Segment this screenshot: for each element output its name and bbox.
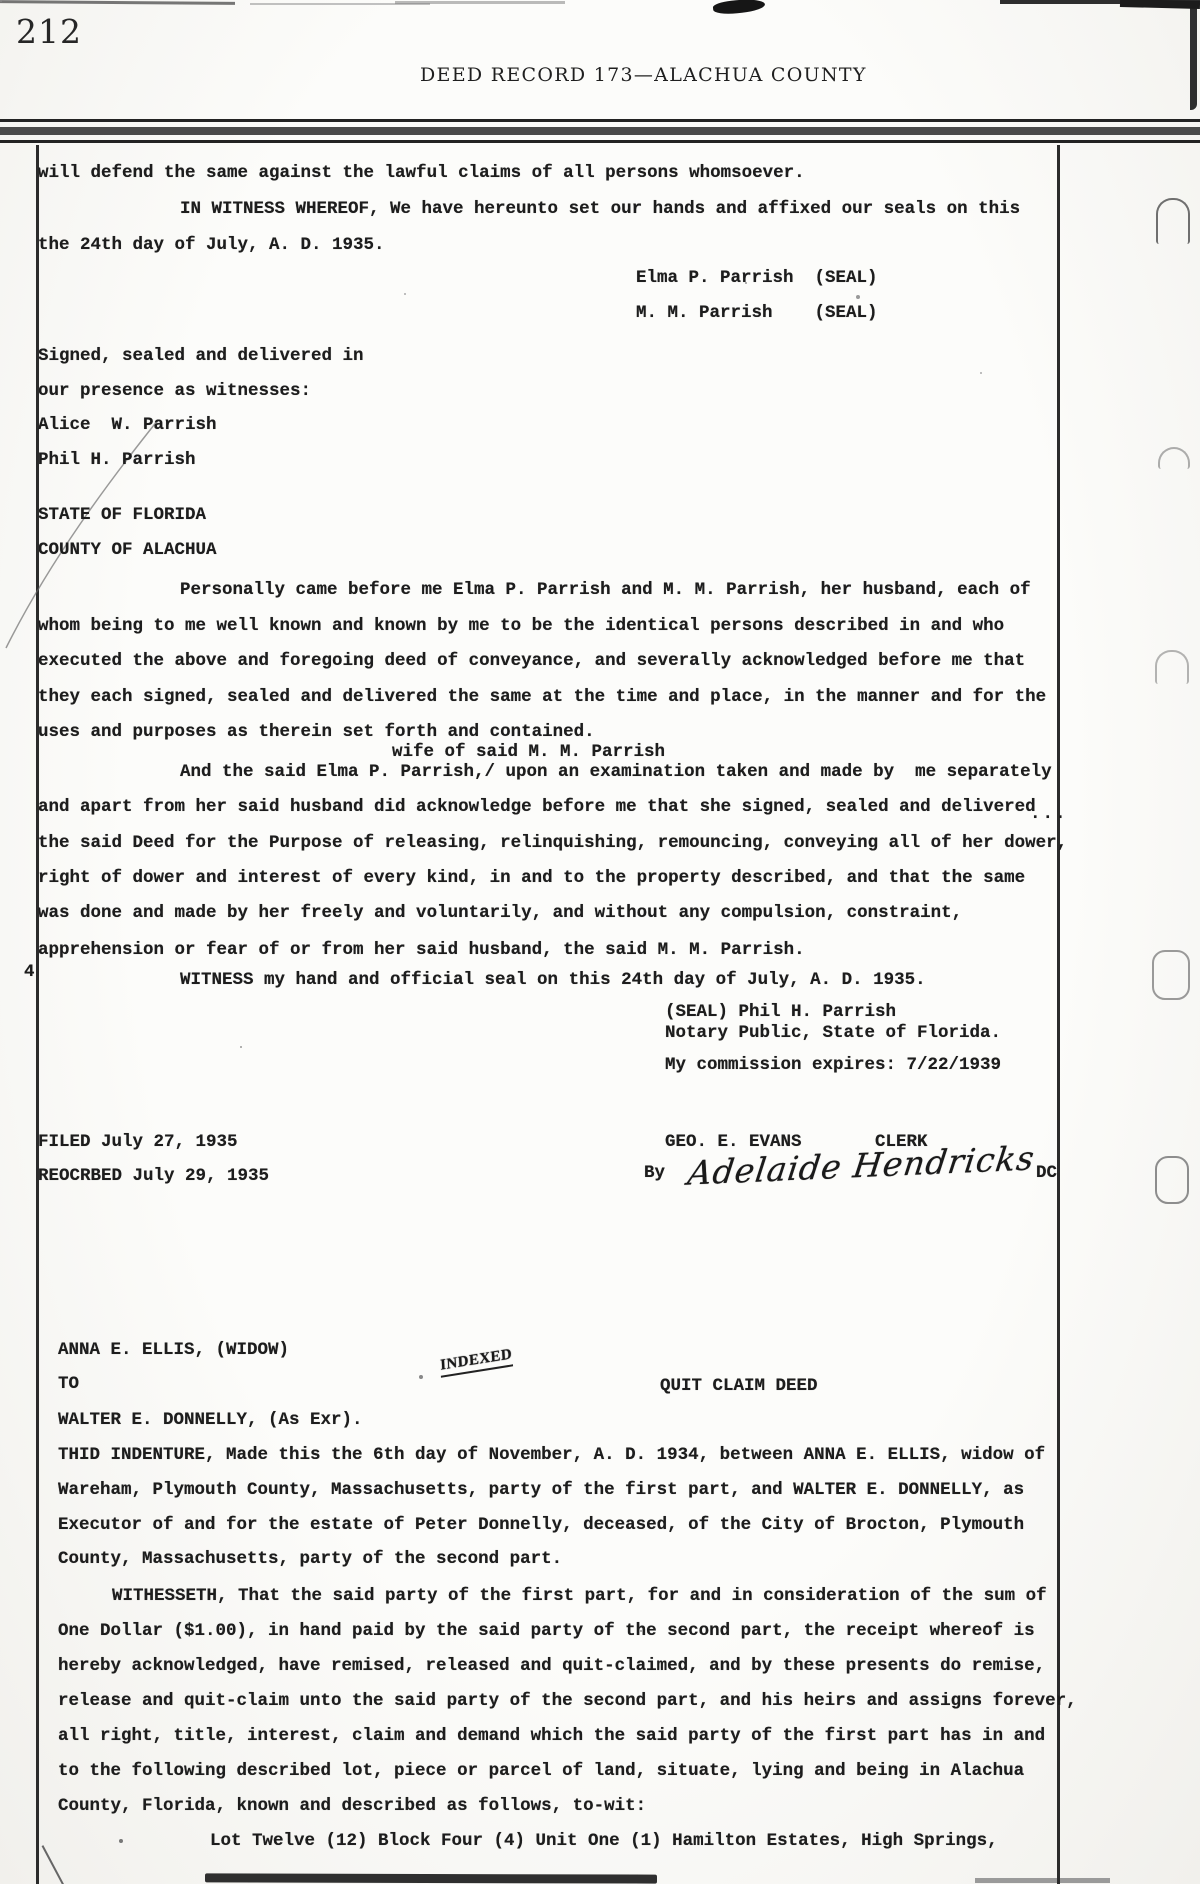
grantor-name-line: ANNA E. ELLIS, (WIDOW) <box>58 1340 289 1360</box>
witnesseth-line-6: to the following described lot, piece or… <box>58 1761 1024 1781</box>
notary-seal-signature: (SEAL) Phil H. Parrish <box>665 1002 896 1022</box>
dower-examination-line-3: the said Deed for the Purpose of releasi… <box>38 833 1067 853</box>
deed1-signed-sealed-line: Signed, sealed and delivered in <box>38 346 364 366</box>
scan-artifact-bottom-bar <box>205 1873 657 1883</box>
deed1-witness-whereof-line: IN WITNESS WHEREOF, We have hereunto set… <box>180 199 1020 219</box>
scan-artifact-bottom-faint-bar <box>975 1878 1110 1883</box>
scan-artifact-top-right-corner <box>1120 0 1200 9</box>
deed1-witnesses-label: our presence as witnesses: <box>38 381 311 401</box>
witness-phil-parrish: Phil H. Parrish <box>38 450 196 470</box>
to-label: TO <box>58 1374 79 1394</box>
notary-commission-expiry: My commission expires: 7/22/1939 <box>665 1055 1001 1075</box>
header-rule-middle <box>0 127 1200 135</box>
binder-ring-mark-5 <box>1155 1156 1189 1204</box>
indenture-line-1: THID INDENTURE, Made this the 6th day of… <box>58 1445 1045 1465</box>
deed1-warranty-line: will defend the same against the lawful … <box>38 163 805 183</box>
dower-examination-line-1: And the said Elma P. Parrish,/ upon an e… <box>180 762 1052 782</box>
binder-ring-mark-3 <box>1155 650 1189 684</box>
scan-artifact-right-edge <box>1190 0 1197 110</box>
property-description-line: Lot Twelve (12) Block Four (4) Unit One … <box>210 1831 998 1851</box>
recorded-date: REOCRBED July 29, 1935 <box>38 1166 269 1186</box>
dower-examination-line-2: and apart from her said husband did ackn… <box>38 797 1036 817</box>
right-margin-rule <box>1057 145 1060 1884</box>
page-header-title: DEED RECORD 173—ALACHUA COUNTY <box>420 64 867 86</box>
deed1-date-line: the 24th day of July, A. D. 1935. <box>38 235 385 255</box>
indexed-stamp: INDEXED <box>440 1346 513 1377</box>
page-number: 212 <box>16 12 82 51</box>
scan-artifact-bottom-left-tick <box>42 1845 65 1884</box>
witnesseth-line-2: One Dollar ($1.00), in hand paid by the … <box>58 1621 1035 1641</box>
signature-elma-parrish: Elma P. Parrish (SEAL) <box>636 268 878 288</box>
dower-examination-line-6: apprehension or fear of or from her said… <box>38 940 805 960</box>
indenture-line-3: Executor of and for the estate of Peter … <box>58 1515 1024 1535</box>
witnesseth-line-4: release and quit-claim unto the said par… <box>58 1691 1077 1711</box>
instrument-type-label: QUIT CLAIM DEED <box>660 1376 818 1396</box>
state-of-florida-label: STATE OF FLORIDA <box>38 505 206 525</box>
witnesseth-line-1: WITHESSETH, That the said party of the f… <box>112 1586 1047 1606</box>
acknowledgment-line-4: they each signed, sealed and delivered t… <box>38 687 1046 707</box>
header-rule-bottom <box>0 140 1200 143</box>
filed-date: FILED July 27, 1935 <box>38 1132 238 1152</box>
header-rule-top <box>0 119 1200 122</box>
signature-mm-parrish: M. M. Parrish (SEAL) <box>636 303 878 323</box>
binder-ring-mark-1 <box>1156 198 1190 244</box>
witnesseth-line-5: all right, title, interest, claim and de… <box>58 1726 1045 1746</box>
deputy-by-label: By <box>644 1163 665 1183</box>
interlined-insertion: wife of said M. M. Parrish <box>392 742 665 762</box>
scan-artifact-top-streak-3 <box>395 1 565 4</box>
dower-examination-line-4: right of dower and interest of every kin… <box>38 868 1025 888</box>
acknowledgment-line-1: Personally came before me Elma P. Parris… <box>180 580 1031 600</box>
scan-specks <box>0 0 2 2</box>
indenture-line-2: Wareham, Plymouth County, Massachusetts,… <box>58 1480 1024 1500</box>
notary-witness-line: WITNESS my hand and official seal on thi… <box>180 970 926 990</box>
acknowledgment-line-3: executed the above and foregoing deed of… <box>38 651 1025 671</box>
dower-examination-line-5: was done and made by her freely and volu… <box>38 903 962 923</box>
scan-artifact-top-blotch <box>712 0 765 16</box>
binder-ring-mark-4 <box>1152 950 1190 1000</box>
acknowledgment-line-5: uses and purposes as therein set forth a… <box>38 722 595 742</box>
left-margin-rule <box>36 145 39 1884</box>
deputy-clerk-initials: DC <box>1036 1163 1057 1183</box>
stray-correction-dots: ... <box>1030 804 1068 824</box>
county-of-alachua-label: COUNTY OF ALACHUA <box>38 540 217 560</box>
margin-numeral: 4 <box>24 962 35 982</box>
deed-record-page: 212 DEED RECORD 173—ALACHUA COUNTY will … <box>0 0 1200 1884</box>
scan-artifact-top-left-streak <box>0 0 235 5</box>
grantee-name-line: WALTER E. DONNELLY, (As Exr). <box>58 1410 363 1430</box>
witnesseth-line-7: County, Florida, known and described as … <box>58 1796 646 1816</box>
witness-alice-parrish: Alice W. Parrish <box>38 415 217 435</box>
witnesseth-line-3: hereby acknowledged, have remised, relea… <box>58 1656 1045 1676</box>
acknowledgment-line-2: whom being to me well known and known by… <box>38 616 1004 636</box>
notary-title-line: Notary Public, State of Florida. <box>665 1023 1001 1043</box>
indenture-line-4: County, Massachusetts, party of the seco… <box>58 1549 562 1569</box>
binder-ring-mark-2 <box>1158 447 1190 469</box>
